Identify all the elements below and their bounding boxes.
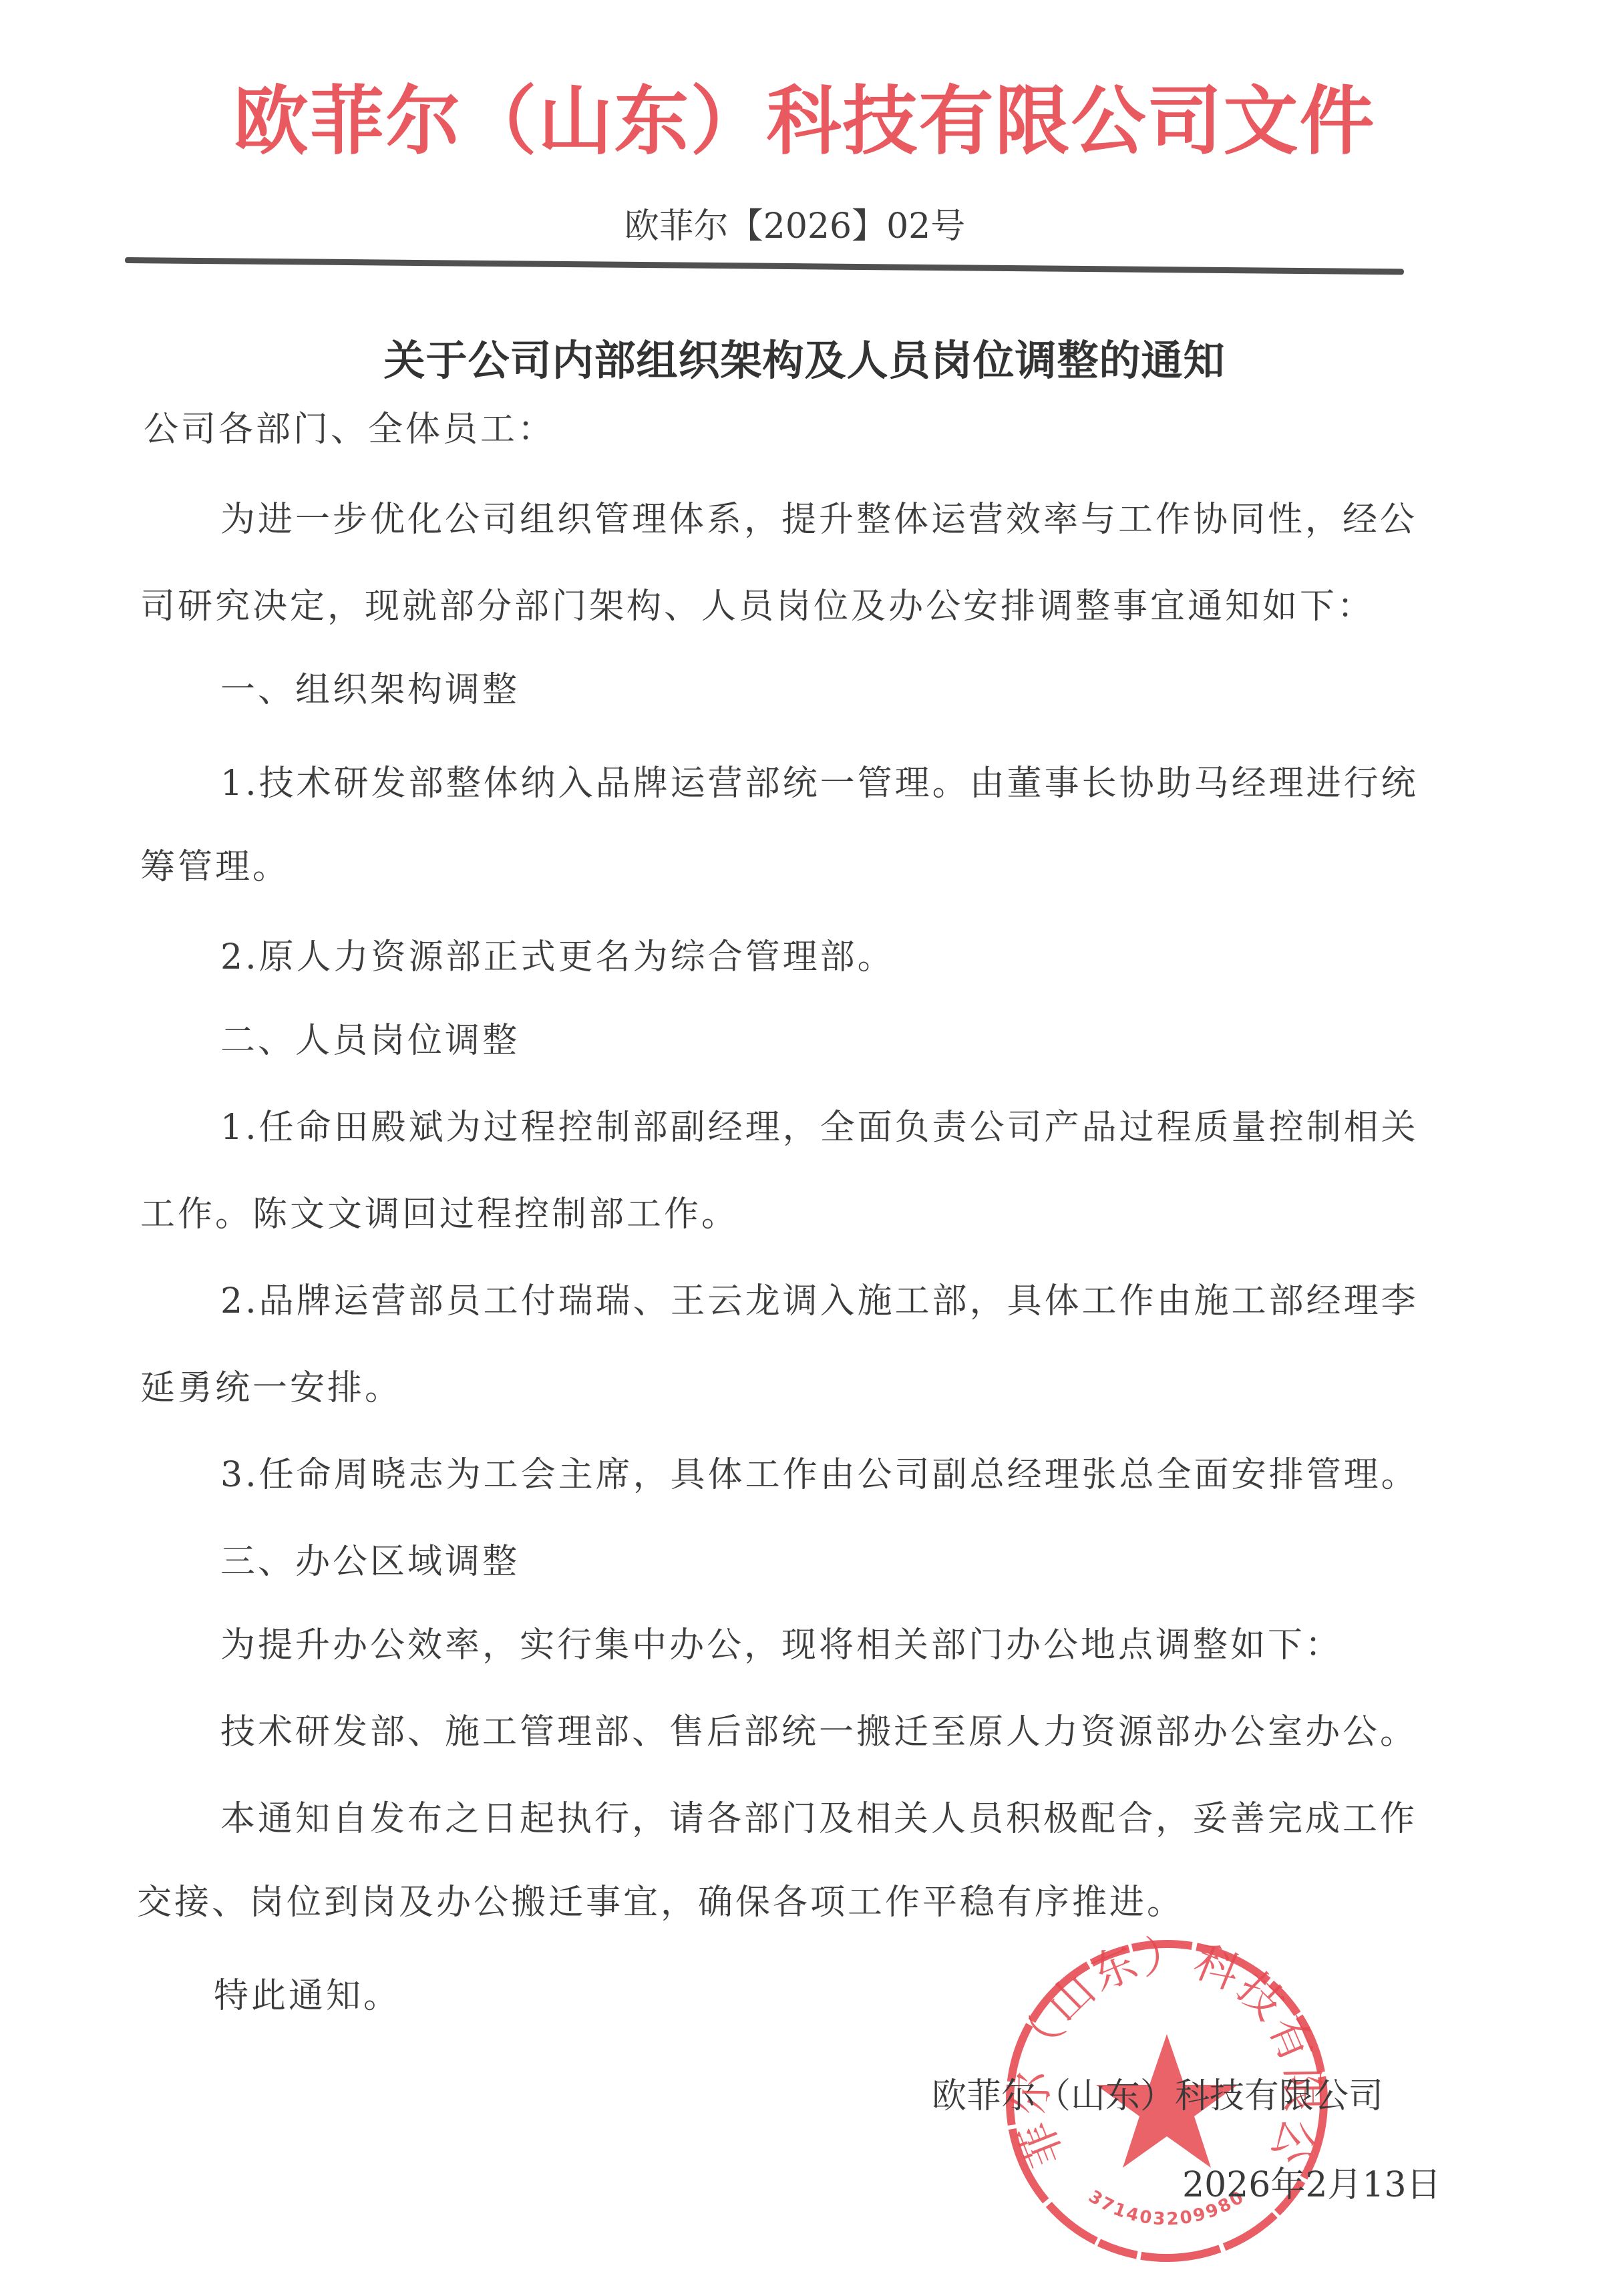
paragraph-intro-line-1: 为进一步优化公司组织管理体系，提升整体运营效率与工作协同性，经公 (220, 491, 1417, 541)
item-2-2-line-2: 延勇统一安排。 (140, 1359, 402, 1410)
item-1-1-line-1: 1.技术研发部整体纳入品牌运营部统一管理。由董事长协助马经理进行统 (220, 755, 1419, 805)
item-1-2: 2.原人力资源部正式更名为综合管理部。 (220, 929, 895, 979)
section-heading-2: 二、人员岗位调整 (220, 1012, 520, 1062)
section-heading-1: 一、组织架构调整 (220, 661, 520, 711)
item-2-2-line-1: 2.品牌运营部员工付瑞瑞、王云龙调入施工部，具体工作由施工部经理李 (220, 1273, 1419, 1323)
item-2-1-line-1: 1.任命田殿斌为过程控制部副经理，全面负责公司产品过程质量控制相关 (220, 1099, 1419, 1149)
header-divider (125, 257, 1404, 275)
office-paragraph-line-1: 为提升办公效率，实行集中办公，现将相关部门办公地点调整如下： (220, 1617, 1343, 1667)
signature-company: 欧菲尔（山东）科技有限公司 (932, 2068, 1383, 2118)
item-1-1-line-2: 筹管理。 (140, 838, 290, 888)
item-2-3: 3.任命周晓志为工会主席，具体工作由公司副总经理张总全面安排管理。 (220, 1446, 1419, 1496)
paragraph-intro-line-2: 司研究决定，现就部分部门架构、人员岗位及办公安排调整事宜通知如下： (140, 578, 1375, 628)
closing-remark: 特此通知。 (214, 1967, 401, 2017)
document-number: 欧菲尔【2026】02号 (0, 198, 1590, 248)
section-heading-3: 三、办公区域调整 (220, 1533, 520, 1583)
letterhead-title: 欧菲尔（山东）科技有限公司文件 (0, 61, 1609, 169)
signature-date: 2026年2月13日 (1182, 2156, 1441, 2206)
closing-paragraph-line-1: 本通知自发布之日起执行，请各部门及相关人员积极配合，妥善完成工作 (220, 1790, 1417, 1840)
office-paragraph-line-2: 技术研发部、施工管理部、售后部统一搬迁至原人力资源部办公室办公。 (220, 1703, 1417, 1754)
notice-title: 关于公司内部组织架构及人员岗位调整的通知 (0, 327, 1609, 387)
svg-text:欧菲尔（山东）科技有限公司: 欧菲尔（山东）科技有限公司 (1000, 1934, 1328, 2174)
salutation: 公司各部门、全体员工： (144, 401, 555, 451)
item-2-1-line-2: 工作。陈文文调回过程控制部工作。 (140, 1186, 739, 1236)
closing-paragraph-line-2: 交接、岗位到岗及办公搬迁事宜，确保各项工作平稳有序推进。 (137, 1874, 1184, 1924)
